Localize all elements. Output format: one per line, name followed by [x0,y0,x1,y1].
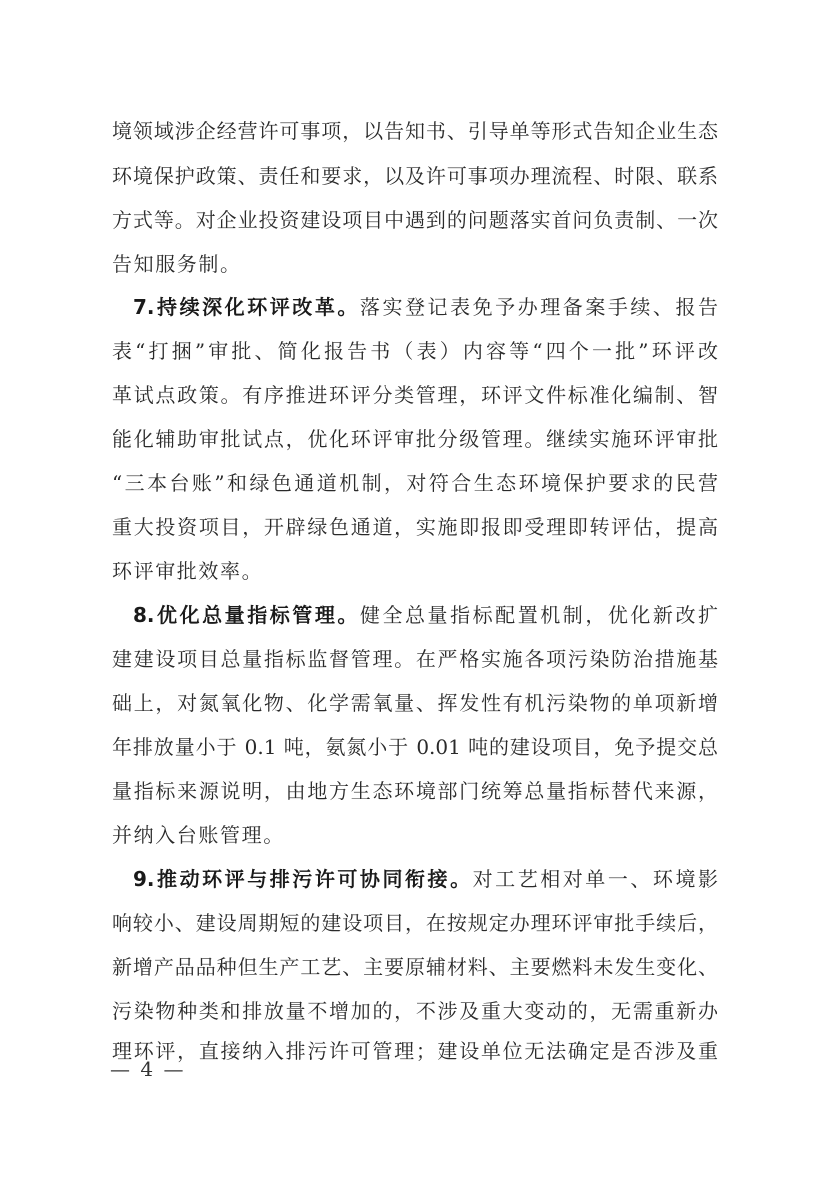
section-heading: 8.优化总量指标管理。 [133,603,360,627]
paragraph-line: 量指标来源说明，由地方生态环境部门统筹总量指标替代来源， [112,776,718,806]
line-text: 并纳入台账管理。 [112,823,285,847]
line-text: 础上，对氮氧化物、化学需氧量、挥发性有机污染物的单项新增 [112,691,718,715]
paragraph-line: 环境保护政策、责任和要求，以及许可事项办理流程、时限、联系 [112,161,718,191]
line-text: 量指标来源说明，由地方生态环境部门统筹总量指标替代来源， [112,779,718,803]
line-text: 环评审批效率。 [112,559,263,583]
paragraph-line: “三本台账”和绿色通道机制，对符合生态环境保护要求的民营 [112,468,718,498]
paragraph-line: 新增产品品种但生产工艺、主要原辅材料、主要燃料未发生变化、 [112,952,718,982]
paragraph-line: 污染物种类和排放量不增加的，不涉及重大变动的，无需重新办 [112,996,718,1026]
line-text: 新增产品品种但生产工艺、主要原辅材料、主要燃料未发生变化、 [112,955,718,979]
line-text: 革试点政策。有序推进环评分类管理，环评文件标准化编制、智 [112,383,718,407]
section-heading: 9.推动环评与排污许可协同衔接。 [133,867,473,891]
paragraph-line: 础上，对氮氧化物、化学需氧量、挥发性有机污染物的单项新增 [112,688,718,718]
line-text: 理环评，直接纳入排污许可管理；建设单位无法确定是否涉及重 [112,1039,718,1063]
line-text: 健全总量指标配置机制，优化新改扩 [360,603,718,627]
line-text: 年排放量小于 0.1 吨，氨氮小于 0.01 吨的建设项目，免予提交总 [112,735,718,759]
paragraph-line: 能化辅助审批试点，优化环评审批分级管理。继续实施环评审批 [112,424,718,454]
paragraph-line: 并纳入台账管理。 [112,820,718,850]
paragraph-line: 建建设项目总量指标监督管理。在严格实施各项污染防治措施基 [112,644,718,674]
document-page: 境领域涉企经营许可事项，以告知书、引导单等形式告知企业生态 环境保护政策、责任和… [0,0,834,1179]
section-8-heading-line: 8.优化总量指标管理。健全总量指标配置机制，优化新改扩 [133,600,718,630]
paragraph-line: 革试点政策。有序推进环评分类管理，环评文件标准化编制、智 [112,380,718,410]
line-text: “三本台账”和绿色通道机制，对符合生态环境保护要求的民营 [112,471,718,495]
line-text: 建建设项目总量指标监督管理。在严格实施各项污染防治措施基 [112,647,718,671]
paragraph-line: 环评审批效率。 [112,556,718,586]
line-text: 方式等。对企业投资建设项目中遇到的问题落实首问负责制、一次 [112,208,718,232]
line-text: 污染物种类和排放量不增加的，不涉及重大变动的，无需重新办 [112,999,718,1023]
section-heading: 7.持续深化环评改革。 [133,295,360,319]
line-text: 表“打捆”审批、简化报告书（表）内容等“四个一批”环评改 [112,339,718,363]
page-number: — 4 — [110,1055,185,1083]
paragraph-line: 年排放量小于 0.1 吨，氨氮小于 0.01 吨的建设项目，免予提交总 [112,732,718,762]
line-text: 环境保护政策、责任和要求，以及许可事项办理流程、时限、联系 [112,164,718,188]
line-text: 响较小、建设周期短的建设项目，在按规定办理环评审批手续后， [112,911,718,935]
section-7-heading-line: 7.持续深化环评改革。落实登记表免予办理备案手续、报告 [133,292,718,322]
line-text: 落实登记表免予办理备案手续、报告 [360,295,718,319]
line-text: 告知服务制。 [112,252,242,276]
section-9-heading-line: 9.推动环评与排污许可协同衔接。对工艺相对单一、环境影 [133,864,718,894]
paragraph-line: 方式等。对企业投资建设项目中遇到的问题落实首问负责制、一次 [112,205,718,235]
line-text: 能化辅助审批试点，优化环评审批分级管理。继续实施环评审批 [112,427,718,451]
paragraph-line: 表“打捆”审批、简化报告书（表）内容等“四个一批”环评改 [112,336,718,366]
paragraph-line: 响较小、建设周期短的建设项目，在按规定办理环评审批手续后， [112,908,718,938]
paragraph-line: 重大投资项目，开辟绿色通道，实施即报即受理即转评估，提高 [112,512,718,542]
line-text: 重大投资项目，开辟绿色通道，实施即报即受理即转评估，提高 [112,515,718,539]
paragraph-line: 理环评，直接纳入排污许可管理；建设单位无法确定是否涉及重 [112,1036,718,1066]
paragraph-line: 告知服务制。 [112,249,718,279]
paragraph-line: 境领域涉企经营许可事项，以告知书、引导单等形式告知企业生态 [112,116,718,146]
line-text: 境领域涉企经营许可事项，以告知书、引导单等形式告知企业生态 [112,119,718,143]
line-text: 对工艺相对单一、环境影 [473,867,718,891]
